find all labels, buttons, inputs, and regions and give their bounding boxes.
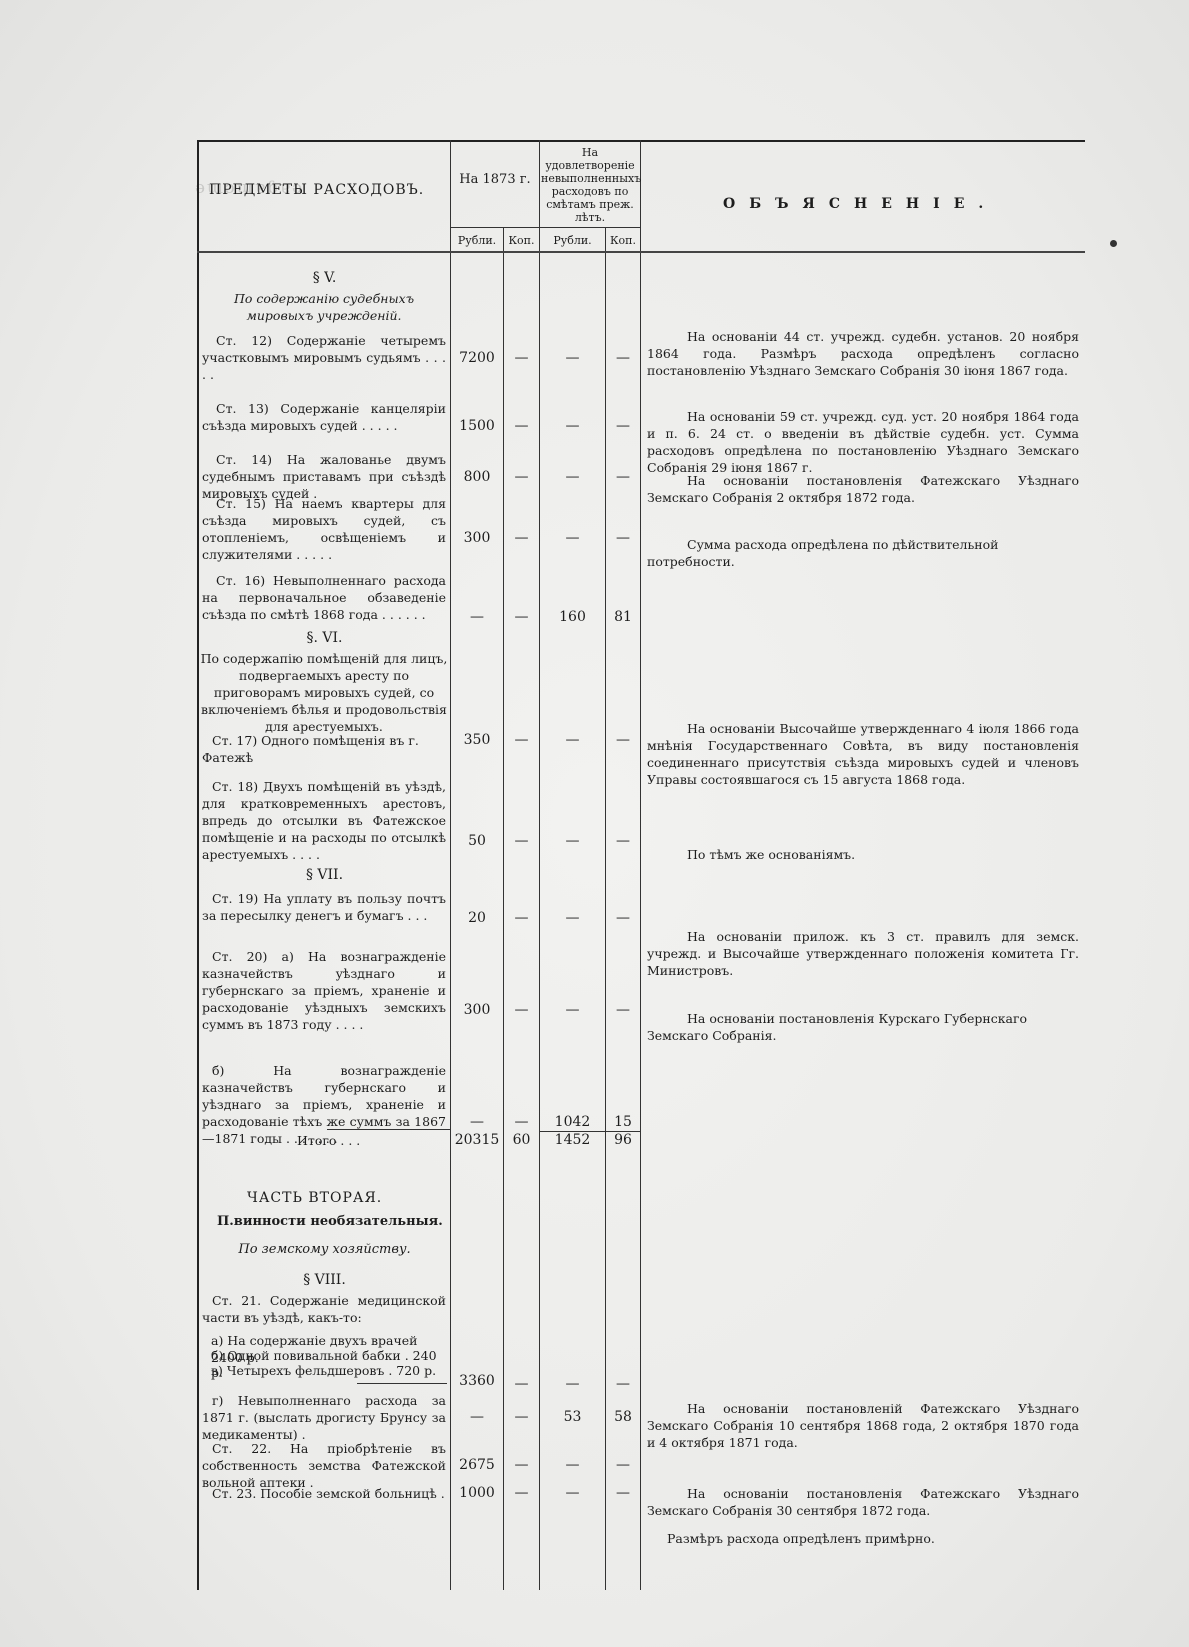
row-st16-kop2: 81 xyxy=(606,609,640,625)
row-st15-kop2: — xyxy=(606,530,640,546)
section-subtitle: По содержапію помѣщеній для лицъ, подвер… xyxy=(200,650,448,735)
total-kop2: 96 xyxy=(606,1132,640,1148)
items-column-header: ПРЕДМЕТЫ РАСХОДОВЪ. xyxy=(209,182,449,198)
section-title: § VIII. xyxy=(202,1272,447,1289)
row-st21-kop2: — xyxy=(606,1376,640,1392)
row-st13-rub: 1500 xyxy=(451,418,503,434)
row-st21-kop: — xyxy=(504,1376,539,1392)
explanation-paragraph: На основаніи постановленій Фатежскаго Уѣ… xyxy=(647,1400,1079,1451)
row-st15-rub2: — xyxy=(540,530,605,546)
row-st20a-kop2: — xyxy=(606,1002,640,1018)
explanation-paragraph: На основаніи прилож. къ 3 ст. правилъ дл… xyxy=(647,928,1079,979)
row-st21-rub: 3360 xyxy=(451,1373,503,1389)
total-rule xyxy=(327,1129,450,1130)
expense-table: ПРЕДМЕТЫ РАСХОДОВЪ. На 1873 г. На удовле… xyxy=(197,140,1085,1590)
row-st19-kop2: — xyxy=(606,910,640,926)
row-st15-text: Ст. 15) На наемъ квартеры для съѣзда мир… xyxy=(202,495,446,563)
row-st20a-kop: — xyxy=(504,1002,539,1018)
row-st21g-rub2: 53 xyxy=(540,1409,605,1425)
row-st17-rub: 350 xyxy=(451,732,503,748)
row-st13-rub2: — xyxy=(540,418,605,434)
row-st20b-rub2: 1042 xyxy=(540,1114,605,1130)
row-st17-kop2: — xyxy=(606,732,640,748)
explanation-paragraph: Размѣръ расхода опредѣленъ примѣрно. xyxy=(647,1530,1079,1547)
section-title: §. VI. xyxy=(202,630,447,647)
explanation-paragraph: Сумма расхода опредѣлена по дѣйствительн… xyxy=(647,536,1079,570)
row-st23-kop2: — xyxy=(606,1485,640,1501)
total-kop: 60 xyxy=(504,1132,539,1148)
rub-header: Рубли. xyxy=(451,234,503,247)
row-st22-text: Ст. 22. На пріобрѣтеніе въ собственность… xyxy=(202,1440,446,1491)
row-st15-kop: — xyxy=(504,530,539,546)
explanation-paragraph: На основаніи Высочайше утвержденнаго 4 і… xyxy=(647,720,1079,788)
section-subtitle: По содержанію судебныхъ мировыхъ учрежде… xyxy=(200,290,448,324)
row-st21-text: Ст. 21. Содержаніе медицинской части въ … xyxy=(202,1292,446,1326)
ink-speck xyxy=(1110,240,1117,247)
section-title: § VII. xyxy=(202,867,447,884)
row-st23-rub: 1000 xyxy=(451,1485,503,1501)
row-st22-rub2: — xyxy=(540,1457,605,1473)
row-st12-kop2: — xyxy=(606,350,640,366)
row-st20b-kop: — xyxy=(504,1114,539,1130)
row-st21g-kop: — xyxy=(504,1409,539,1425)
year-column-header: На 1873 г. xyxy=(452,172,538,187)
row-st14-kop: — xyxy=(504,469,539,485)
explanation-paragraph: На основаніи 44 ст. учрежд. судебн. уста… xyxy=(647,328,1079,379)
row-st22-rub: 2675 xyxy=(451,1457,503,1473)
row-st21g-text: г) Невыполненнаго расхода за 1871 г. (вы… xyxy=(202,1392,446,1443)
row-st23-text: Ст. 23. Пособіе земской больницѣ . xyxy=(202,1485,446,1502)
row-st14-rub: 800 xyxy=(451,469,503,485)
row-st12-rub: 7200 xyxy=(451,350,503,366)
row-st12-kop: — xyxy=(504,350,539,366)
row-st14-rub2: — xyxy=(540,469,605,485)
row-st13-text: Ст. 13) Содержаніе канцеляріи съѣзда мир… xyxy=(202,400,446,434)
explanation-paragraph: На основаніи 59 ст. учрежд. суд. уст. 20… xyxy=(647,408,1079,476)
kop-header: Коп. xyxy=(504,234,539,247)
subtotal-rule xyxy=(357,1383,447,1384)
row-st23-kop: — xyxy=(504,1485,539,1501)
row-st20a-rub: 300 xyxy=(451,1002,503,1018)
row-st18-rub: 50 xyxy=(451,833,503,849)
row-st12-text: Ст. 12) Содержаніе четыремъ участковымъ … xyxy=(202,332,446,383)
row-st20b-kop2: 15 xyxy=(606,1114,640,1130)
row-st21v-text: в) Четырехъ фельдшеровъ . 720 р. xyxy=(211,1362,447,1379)
row-st22-kop2: — xyxy=(606,1457,640,1473)
row-st23-rub2: — xyxy=(540,1485,605,1501)
total-rub2: 1452 xyxy=(540,1132,605,1148)
explanation-paragraph: На основаніи постановленія Фатежскаго Уѣ… xyxy=(647,1485,1079,1519)
kop2-header: Коп. xyxy=(606,234,640,247)
row-st20a-text: Ст. 20) а) На вознагражденіе казначейств… xyxy=(202,948,446,1033)
table-top-border xyxy=(197,140,1085,142)
part-italic-subtitle: По земскому хозяйству. xyxy=(202,1242,447,1257)
row-st13-kop: — xyxy=(504,418,539,434)
header-bottom-border xyxy=(197,251,1085,253)
row-st20a-rub2: — xyxy=(540,1002,605,1018)
row-st21g-kop2: 58 xyxy=(606,1409,640,1425)
explanation-paragraph: На основаніи постановленія Курскаго Губе… xyxy=(647,1010,1079,1044)
col-divider xyxy=(640,140,641,1590)
row-st19-rub: 20 xyxy=(451,910,503,926)
explanation-header: ОБЪЯСНЕНІЕ. xyxy=(723,196,997,212)
row-st19-rub2: — xyxy=(540,910,605,926)
row-st22-kop: — xyxy=(504,1457,539,1473)
row-st21-rub2: — xyxy=(540,1376,605,1392)
row-st17-text: Ст. 17) Одного помѣщенія въ г. Фатежѣ xyxy=(202,732,446,766)
total-label: Итого . . . xyxy=(297,1132,447,1149)
row-st19-text: Ст. 19) На уплату въ пользу почтъ за пер… xyxy=(202,890,446,924)
unpaid-column-header: На удовлетвореніе невыполненныхъ расходо… xyxy=(541,146,639,224)
document-page: ǝɯɔɯɐɓɐǝ ПРЕДМЕТЫ РАСХОДОВЪ. На 1873 г. … xyxy=(0,0,1189,1647)
row-st20b-rub: — xyxy=(451,1114,503,1130)
row-st17-kop: — xyxy=(504,732,539,748)
explanation-paragraph: На основаніи постановленія Фатежскаго Уѣ… xyxy=(647,472,1079,506)
row-st14-kop2: — xyxy=(606,469,640,485)
part-subtitle: П.винности необязательныя. xyxy=(217,1214,443,1229)
row-st19-kop: — xyxy=(504,910,539,926)
row-st17-rub2: — xyxy=(540,732,605,748)
row-st16-rub: — xyxy=(451,609,503,625)
row-st18-kop: — xyxy=(504,833,539,849)
total-rub: 20315 xyxy=(451,1132,503,1148)
table-left-border xyxy=(197,140,199,1590)
rub2-header: Рубли. xyxy=(540,234,605,247)
part-title: ЧАСТЬ ВТОРАЯ. xyxy=(247,1190,382,1206)
row-st21g-rub: — xyxy=(451,1409,503,1425)
row-st18-rub2: — xyxy=(540,833,605,849)
row-st15-rub: 300 xyxy=(451,530,503,546)
explanation-paragraph: По тѣмъ же основаніямъ. xyxy=(647,846,1079,863)
row-st16-kop: — xyxy=(504,609,539,625)
section-title: § V. xyxy=(202,270,447,287)
row-st16-text: Ст. 16) Невыполненнаго расхода на первон… xyxy=(202,572,446,623)
row-st16-rub2: 160 xyxy=(540,609,605,625)
row-st18-kop2: — xyxy=(606,833,640,849)
row-st18-text: Ст. 18) Двухъ помѣщеній въ уѣздѣ, для кр… xyxy=(202,778,446,863)
header-sub-divider xyxy=(450,227,640,228)
row-st12-rub2: — xyxy=(540,350,605,366)
row-st13-kop2: — xyxy=(606,418,640,434)
